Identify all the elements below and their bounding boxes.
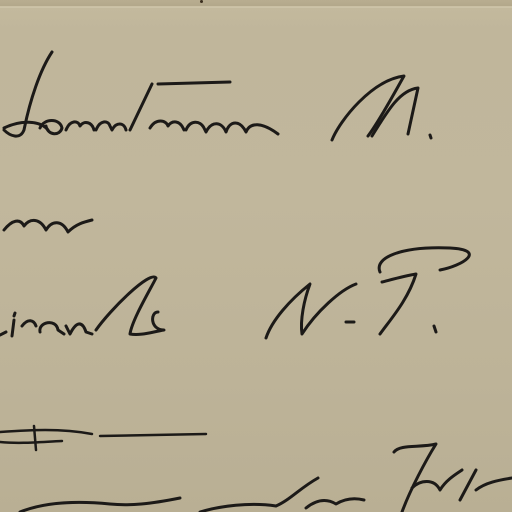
line-von-der-witter (20, 444, 512, 512)
line-um (4, 220, 92, 232)
line-florentinum (4, 52, 431, 140)
handwriting-ink (0, 0, 512, 512)
separator-strokes (0, 426, 206, 450)
line-iraule (0, 248, 469, 338)
